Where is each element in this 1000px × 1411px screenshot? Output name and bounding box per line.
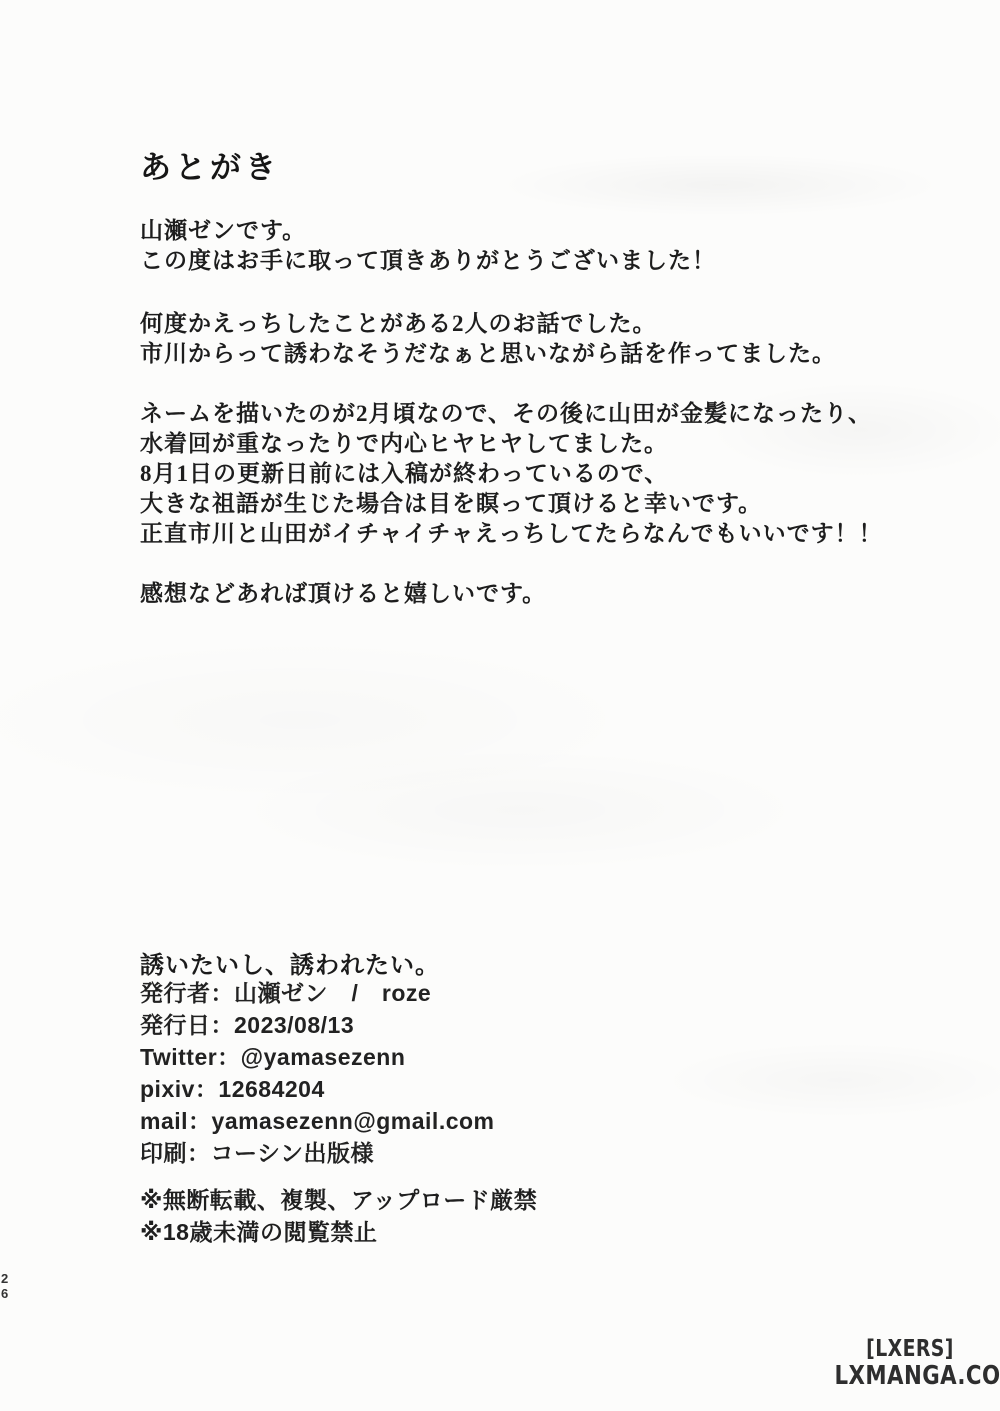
- body-line: 正直市川と山田がイチャイチャえっちしてたらなんでもいいです！！: [140, 519, 883, 549]
- colophon-line-publisher: 発行者：山瀬ゼン / roze: [140, 977, 495, 1009]
- body-line: 水着回が重なったりで内心ヒヤヒヤしてました。: [140, 429, 883, 459]
- warning-line-age-restriction: ※18歳未満の閲覧禁止: [140, 1216, 537, 1248]
- body-line: 大きな祖語が生じた場合は目を瞑って頂けると幸いです。: [140, 489, 883, 519]
- page-number-digit: 2: [1, 1271, 8, 1286]
- colophon-line-publish-date: 発行日：2023/08/13: [140, 1009, 495, 1041]
- body-line: 8月1日の更新日前には入稿が終わっているので、: [140, 459, 883, 489]
- colophon-info-block: 発行者：山瀬ゼン / roze 発行日：2023/08/13 Twitter：@…: [140, 977, 495, 1169]
- body-line: 市川からって誘わなそうだなぁと思いながら話を作ってました。: [140, 339, 836, 369]
- site-watermark: [LXERS] LXMANGA.COM: [818, 1336, 1000, 1390]
- watermark-site-url: LXMANGA.COM: [835, 1362, 986, 1390]
- afterword-paragraph-3: ネームを描いたのが2月頃なので、その後に山田が金髪になったり、 水着回が重なった…: [140, 399, 883, 549]
- page-number-digit: 6: [1, 1286, 8, 1301]
- page-number: 2 6: [1, 1271, 8, 1301]
- colophon-warnings: ※無断転載、複製、アップロード厳禁 ※18歳未満の閲覧禁止: [140, 1184, 537, 1248]
- afterword-paragraph-2: 何度かえっちしたことがある2人のお話でした。 市川からって誘わなそうだなぁと思い…: [140, 309, 836, 369]
- warning-line-no-repost: ※無断転載、複製、アップロード厳禁: [140, 1184, 537, 1216]
- scanned-afterword-page: あとがき 山瀬ゼンです。 この度はお手に取って頂きありがとうございました！ 何度…: [0, 0, 1000, 1411]
- afterword-paragraph-1: 山瀬ゼンです。 この度はお手に取って頂きありがとうございました！: [140, 216, 716, 276]
- colophon-line-mail: mail：yamasezenn@gmail.com: [140, 1105, 495, 1137]
- body-line: ネームを描いたのが2月頃なので、その後に山田が金髪になったり、: [140, 399, 883, 429]
- afterword-paragraph-4: 感想などあれば頂けると嬉しいです。: [140, 579, 546, 609]
- colophon-book-title: 誘いたいし、誘われたい。: [140, 945, 440, 980]
- body-line: 山瀬ゼンです。: [140, 216, 716, 246]
- afterword-title: あとがき: [140, 148, 280, 188]
- colophon-line-printer: 印刷：コーシン出版様: [140, 1137, 495, 1169]
- colophon-line-twitter: Twitter：@yamasezenn: [140, 1041, 495, 1073]
- body-line: 何度かえっちしたことがある2人のお話でした。: [140, 309, 836, 339]
- watermark-group-name: [LXERS]: [835, 1336, 986, 1362]
- body-line: この度はお手に取って頂きありがとうございました！: [140, 246, 716, 276]
- body-line: 感想などあれば頂けると嬉しいです。: [140, 579, 546, 609]
- colophon-line-pixiv: pixiv：12684204: [140, 1073, 495, 1105]
